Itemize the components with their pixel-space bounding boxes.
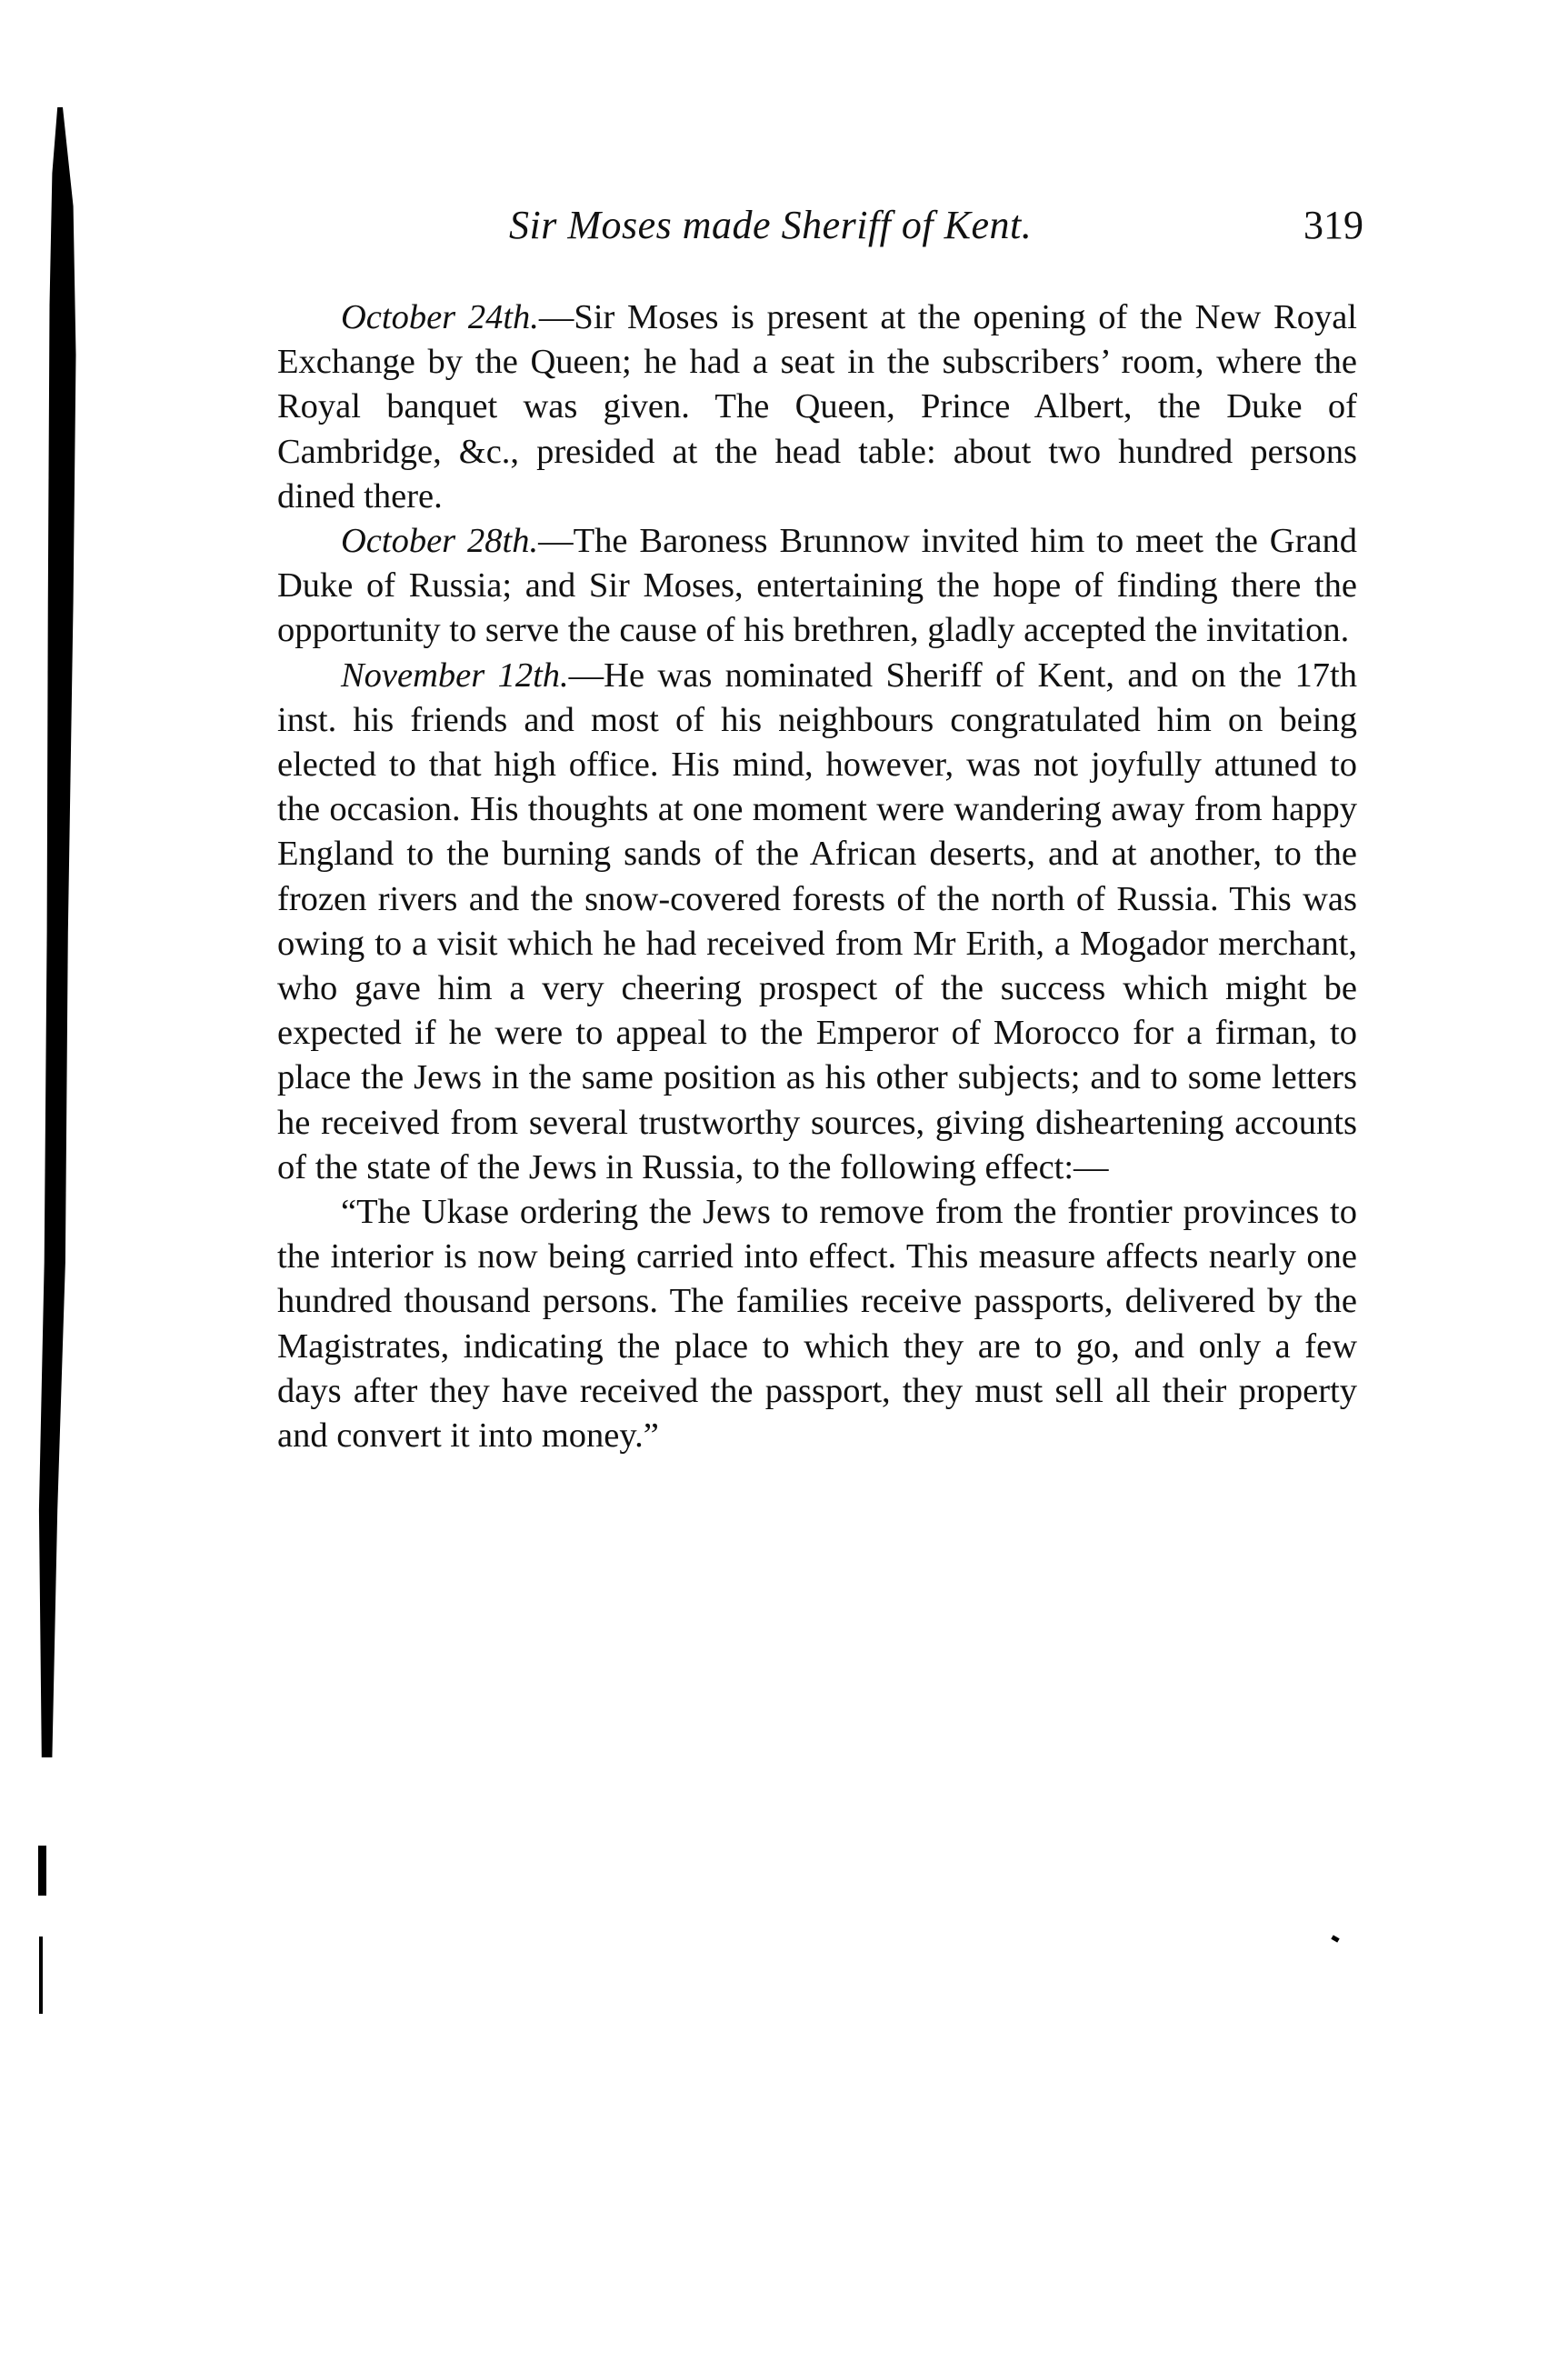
scan-binding-shadow	[36, 107, 89, 1757]
paragraph-text: “The Ukase ordering the Jews to remove f…	[277, 1193, 1357, 1455]
page-header: Sir Moses made Sheriff of Kent. 319	[509, 202, 1363, 256]
scan-speck	[1331, 1935, 1339, 1942]
running-title: Sir Moses made Sheriff of Kent.	[509, 202, 1032, 248]
paragraph-text: —He was nominated Sheriff of Kent, and o…	[277, 656, 1357, 1186]
entry-date: October 24th.	[341, 298, 539, 336]
paragraph: October 28th.—The Baroness Brunnow invit…	[277, 519, 1357, 654]
scan-margin-mark	[39, 1937, 43, 2014]
page-number: 319	[1303, 202, 1363, 248]
entry-date: October 28th.	[341, 522, 538, 560]
paragraph: November 12th.—He was nominated Sheriff …	[277, 654, 1357, 1190]
entry-date: November 12th.	[341, 656, 569, 695]
paragraph: October 24th.—Sir Moses is present at th…	[277, 295, 1357, 519]
quoted-paragraph: “The Ukase ordering the Jews to remove f…	[277, 1190, 1357, 1458]
scan-margin-mark	[38, 1846, 46, 1896]
page-body: October 24th.—Sir Moses is present at th…	[277, 295, 1357, 1458]
